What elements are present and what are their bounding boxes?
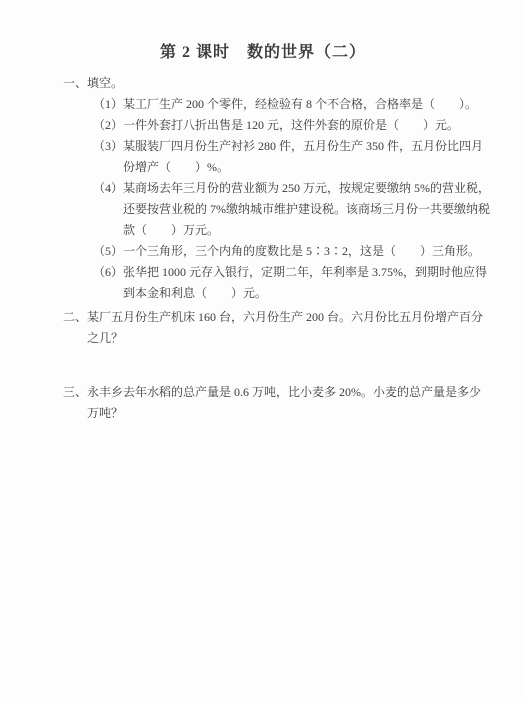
question-line: （1）某工厂生产 200 个零件，经检验有 8 个不合格，合格率是（ ）。 bbox=[93, 94, 526, 115]
question-text: 一个三角形，三个内角的度数比是 5∶3∶2，这是（ ）三角形。 bbox=[123, 244, 480, 258]
question-line: （5）一个三角形，三个内角的度数比是 5∶3∶2，这是（ ）三角形。 bbox=[93, 241, 526, 262]
question-line: 款（ ）万元。 bbox=[123, 220, 526, 241]
question-text: 某厂五月份生产机床 160 台，六月份生产 200 台。六月份比五月份增产百分 bbox=[87, 310, 483, 324]
section-fill-in-blanks: 一、填空。 （1）某工厂生产 200 个零件，经检验有 8 个不合格，合格率是（… bbox=[0, 73, 526, 304]
question-line: 份增产（ ）%。 bbox=[123, 157, 526, 178]
item-marker: （5） bbox=[93, 244, 123, 258]
question-item-2: （2）一件外套打八折出售是 120 元，这件外套的原价是（ ）元。 bbox=[0, 115, 526, 136]
question-item-6: （6）张华把 1000 元存入银行，定期二年，年利率是 3.75%，到期时他应得… bbox=[0, 262, 526, 304]
section-heading-row: 一、填空。 bbox=[63, 73, 526, 94]
section-label: 三、 bbox=[63, 385, 87, 399]
question-line: 万吨？ bbox=[87, 403, 526, 424]
question-text: 某商场去年三月份的营业额为 250 万元，按规定要缴纳 5%的营业税， bbox=[123, 181, 490, 195]
question-line: （2）一件外套打八折出售是 120 元，这件外套的原价是（ ）元。 bbox=[93, 115, 526, 136]
question-text: 某工厂生产 200 个零件，经检验有 8 个不合格，合格率是（ ）。 bbox=[123, 97, 477, 111]
question-item-3: （3）某服装厂四月份生产衬衫 280 件，五月份生产 350 件，五月份比四月 … bbox=[0, 136, 526, 178]
item-marker: （3） bbox=[93, 139, 123, 153]
question-line: 三、永丰乡去年水稻的总产量是 0.6 万吨，比小麦多 20%。小麦的总产量是多少 bbox=[63, 382, 526, 403]
page-title: 第 2 课时 数的世界（二） bbox=[0, 0, 526, 62]
item-marker: （2） bbox=[93, 118, 123, 132]
question-line: （4）某商场去年三月份的营业额为 250 万元，按规定要缴纳 5%的营业税， bbox=[93, 178, 526, 199]
section-word-problem-2: 二、某厂五月份生产机床 160 台，六月份生产 200 台。六月份比五月份增产百… bbox=[0, 307, 526, 349]
question-text: 张华把 1000 元存入银行，定期二年，年利率是 3.75%，到期时他应得 bbox=[123, 265, 487, 279]
question-item-4: （4）某商场去年三月份的营业额为 250 万元，按规定要缴纳 5%的营业税， 还… bbox=[0, 178, 526, 241]
item-marker: （1） bbox=[93, 97, 123, 111]
question-item-5: （5）一个三角形，三个内角的度数比是 5∶3∶2，这是（ ）三角形。 bbox=[0, 241, 526, 262]
question-text: 永丰乡去年水稻的总产量是 0.6 万吨，比小麦多 20%。小麦的总产量是多少 bbox=[87, 385, 481, 399]
item-marker: （4） bbox=[93, 181, 123, 195]
question-line: 还要按营业税的 7%缴纳城市维护建设税。该商场三月份一共要缴纳税 bbox=[123, 199, 526, 220]
question-item-1: （1）某工厂生产 200 个零件，经检验有 8 个不合格，合格率是（ ）。 bbox=[0, 94, 526, 115]
section-word-problem-3: 三、永丰乡去年水稻的总产量是 0.6 万吨，比小麦多 20%。小麦的总产量是多少… bbox=[0, 382, 526, 424]
question-line: （6）张华把 1000 元存入银行，定期二年，年利率是 3.75%，到期时他应得 bbox=[93, 262, 526, 283]
question-line: 二、某厂五月份生产机床 160 台，六月份生产 200 台。六月份比五月份增产百… bbox=[63, 307, 526, 328]
item-marker: （6） bbox=[93, 265, 123, 279]
worksheet-page: 第 2 课时 数的世界（二） 一、填空。 （1）某工厂生产 200 个零件，经检… bbox=[0, 0, 526, 702]
section-label: 一、 bbox=[63, 76, 87, 90]
question-line: （3）某服装厂四月份生产衬衫 280 件，五月份生产 350 件，五月份比四月 bbox=[93, 136, 526, 157]
section-label: 二、 bbox=[63, 310, 87, 324]
question-text: 一件外套打八折出售是 120 元，这件外套的原价是（ ）元。 bbox=[123, 118, 459, 132]
question-line: 之几？ bbox=[87, 328, 526, 349]
question-text: 某服装厂四月份生产衬衫 280 件，五月份生产 350 件，五月份比四月 bbox=[123, 139, 483, 153]
question-line: 到本金和利息（ ）元。 bbox=[123, 283, 526, 304]
section-heading: 填空。 bbox=[87, 76, 123, 90]
